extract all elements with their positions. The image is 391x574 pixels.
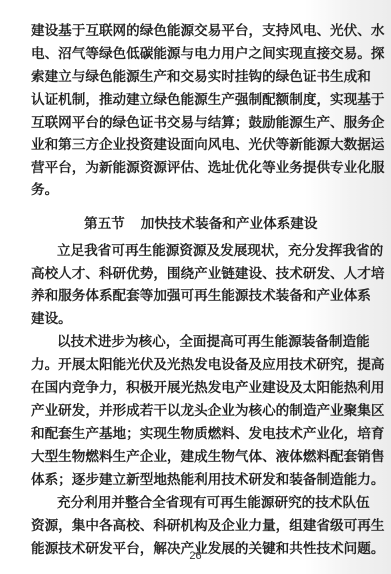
section-number: 第五节: [84, 216, 125, 232]
text-line: 营平台，为新能源资源评估、选址优化等业务提供专业化服: [31, 160, 341, 176]
text-line: 高校人才、科研优势，围绕产业链建设、技术研发、人才培: [31, 266, 341, 282]
text-line: 产业研发，并形成若干以龙头企业为核心的制造产业聚集区: [31, 403, 341, 419]
section-heading: 第五节加快技术装备和产业体系建设: [84, 215, 318, 233]
text-line: 养和服务体系配套等加强可再生能源技术装备和产业体系: [31, 288, 341, 304]
text-line: 和配套生产基地；实现生物质燃料、发电技术产业化，培育: [31, 426, 341, 442]
text-line: 务。: [31, 182, 341, 198]
text-line: 互联网平台的绿色证书交易与结算；鼓励能源生产、服务企: [31, 115, 341, 131]
text-line: 认证机制，推动建立绿色能源生产强制配额制度，实现基于: [31, 92, 341, 108]
text-line: 体系；逐步建立新型地热能利用技术研发和装备制造能力。: [31, 472, 341, 488]
text-line: 资源，集中各高校、科研机构及企业力量，组建省级可再生: [31, 518, 341, 534]
text-line: 以技术进步为核心，全面提高可再生能源装备制造能: [57, 334, 341, 350]
text-line: 在国内竞争力，积极开展光热发电产业建设及太阳能热利用: [31, 380, 341, 396]
text-line: 力。开展太阳能光伏及光热发电设备及应用技术研究，提高: [31, 357, 341, 373]
text-line: 索建立与绿色能源生产和交易实时挂钩的绿色证书生成和: [31, 69, 341, 85]
section-title: 加快技术装备和产业体系建设: [141, 216, 318, 232]
document-page: 建设基于互联网的绿色能源交易平台，支持风电、光伏、水 电、沼气等绿色低碳能源与电…: [0, 0, 391, 574]
page-number: 26: [0, 550, 391, 562]
text-line: 充分利用并整合全省现有可再生能源研究的技术队伍: [57, 495, 341, 511]
text-line: 立足我省可再生能源资源及发展现状，充分发挥我省的: [57, 243, 341, 259]
text-line: 电、沼气等绿色低碳能源与电力用户之间实现直接交易。探: [31, 46, 341, 62]
text-line: 业和第三方企业投资建设面向风电、光伏等新能源大数据运: [31, 137, 341, 153]
text-line: 建设。: [31, 311, 341, 327]
text-line: 大型生物燃料生产企业，建成生物气体、液体燃料配套销售: [31, 449, 341, 465]
text-line: 建设基于互联网的绿色能源交易平台，支持风电、光伏、水: [31, 23, 341, 39]
